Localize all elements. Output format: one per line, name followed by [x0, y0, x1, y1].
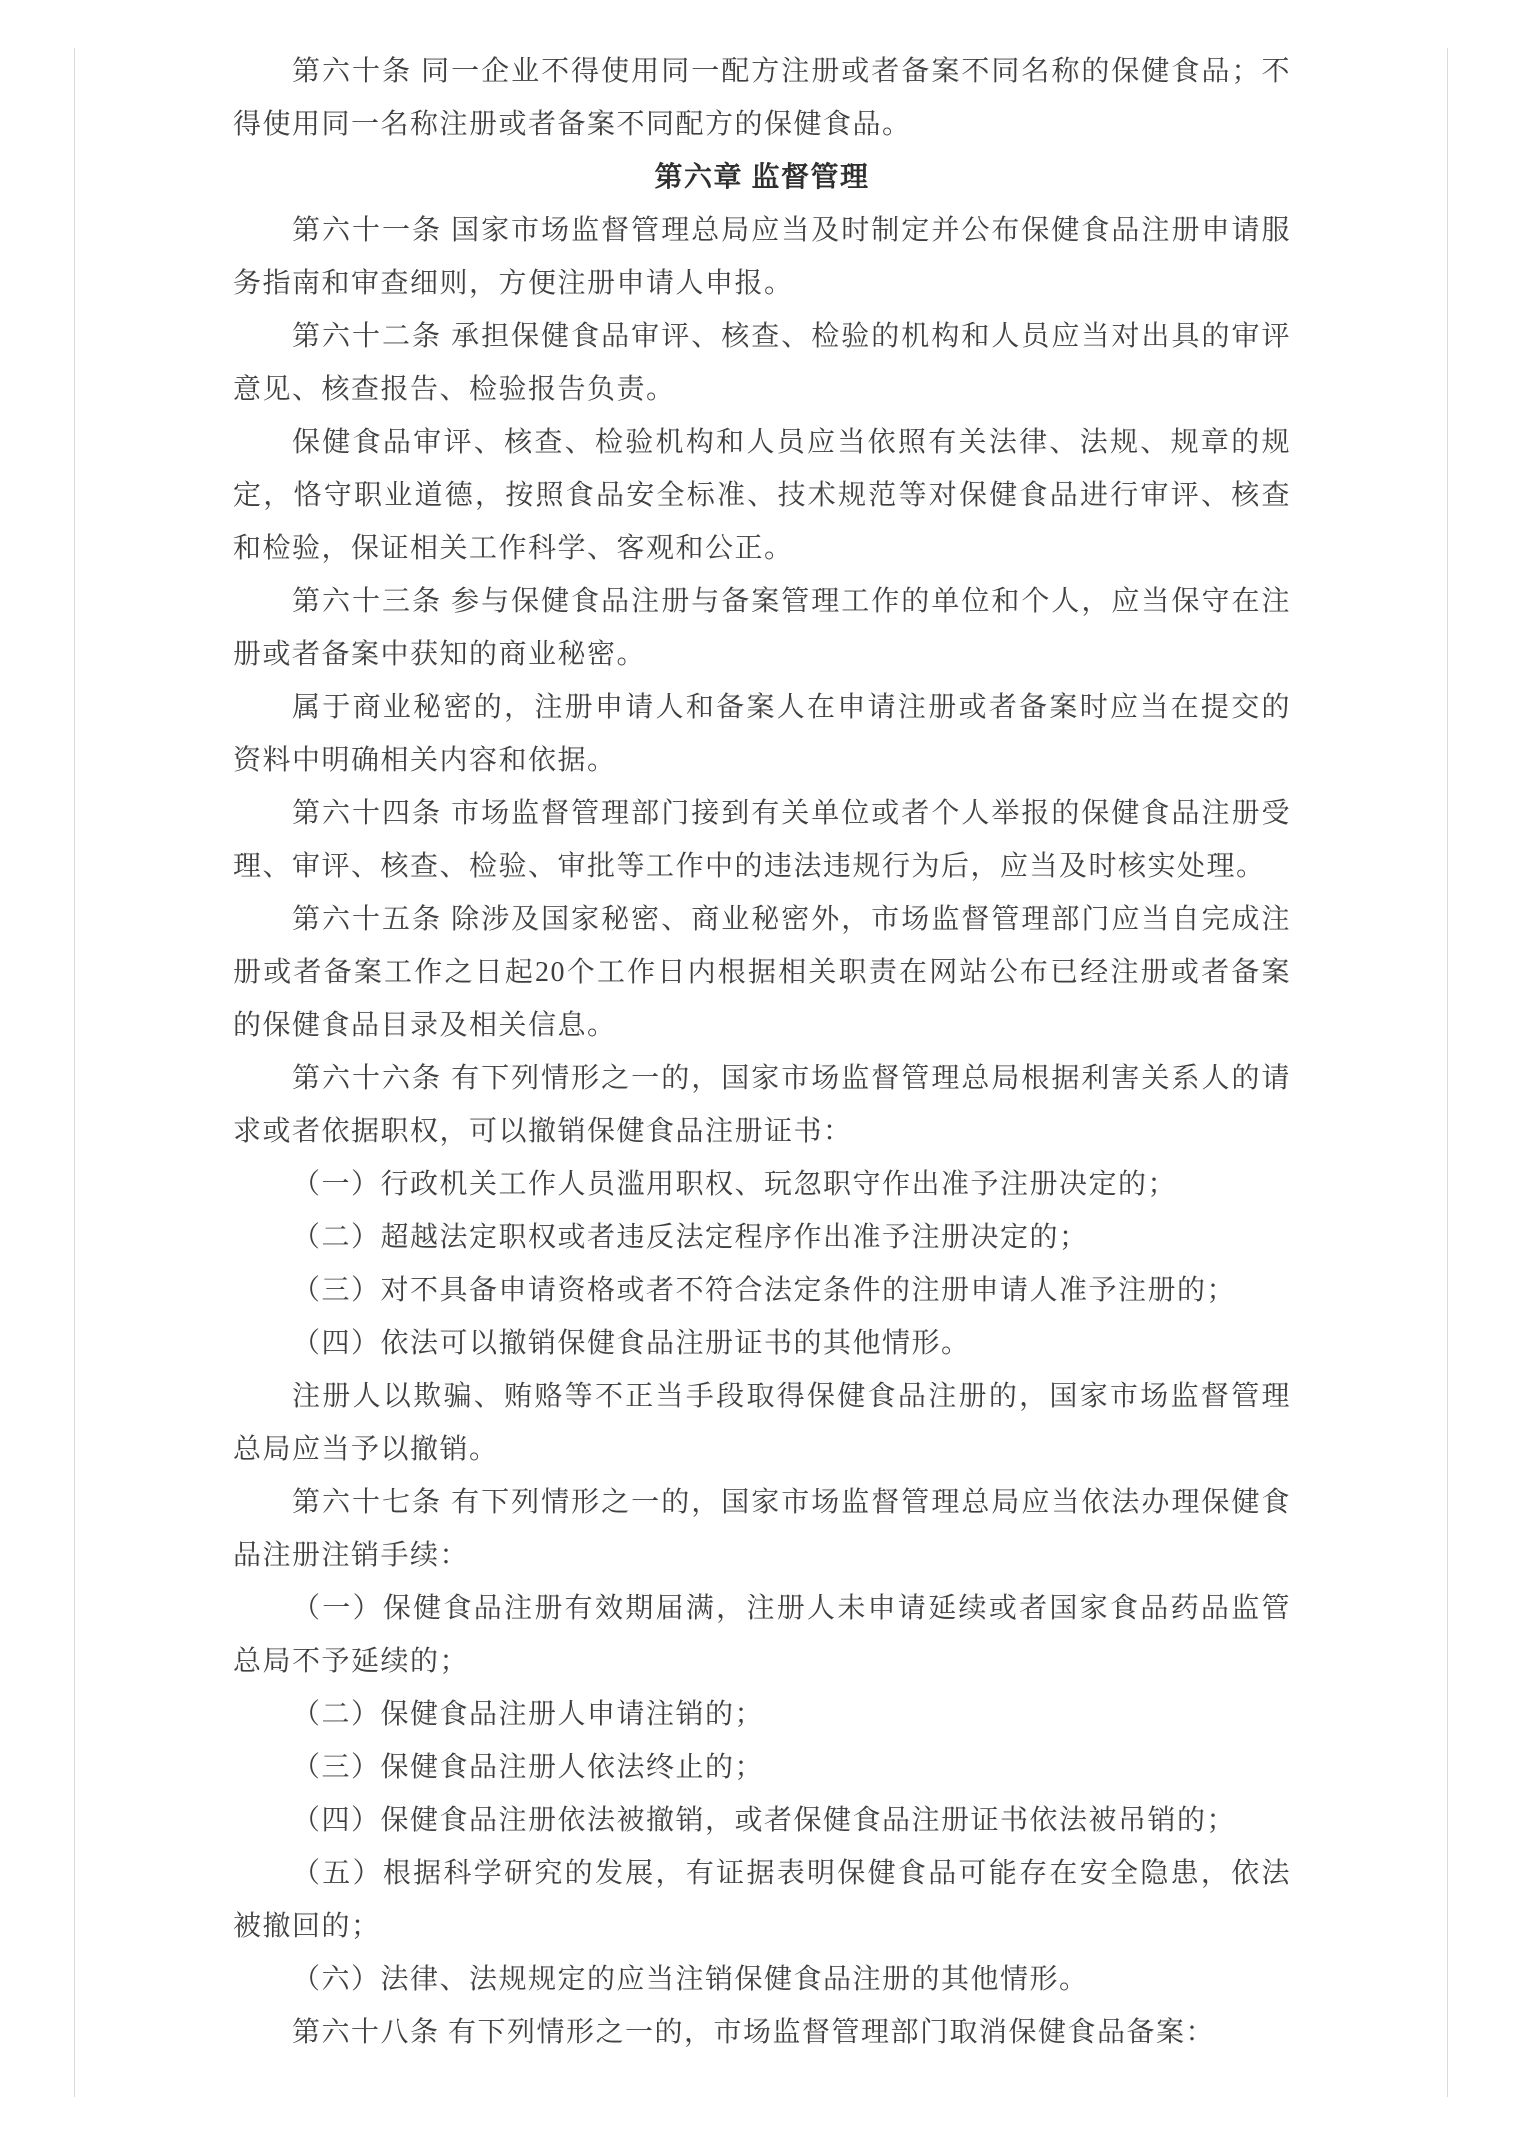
document-paragraph: （三）保健食品注册人依法终止的； [233, 1741, 1291, 1794]
document-paragraph: （三）对不具备申请资格或者不符合法定条件的注册申请人准予注册的； [233, 1264, 1291, 1317]
document-paragraph: 属于商业秘密的，注册申请人和备案人在申请注册或者备案时应当在提交的资料中明确相关… [233, 681, 1291, 787]
document-paragraph: 第六十八条 有下列情形之一的，市场监督管理部门取消保健食品备案： [233, 2006, 1291, 2059]
document-paragraph: （一）保健食品注册有效期届满，注册人未申请延续或者国家食品药品监管总局不予延续的… [233, 1582, 1291, 1688]
document-paragraph: 第六十五条 除涉及国家秘密、商业秘密外，市场监督管理部门应当自完成注册或者备案工… [233, 893, 1291, 1052]
document-page: 第六十条 同一企业不得使用同一配方注册或者备案不同名称的保健食品；不得使用同一名… [233, 45, 1291, 2059]
document-paragraph: 第六十三条 参与保健食品注册与备案管理工作的单位和个人，应当保守在注册或者备案中… [233, 575, 1291, 681]
document-paragraph: （二）保健食品注册人申请注销的； [233, 1688, 1291, 1741]
document-paragraph: （六）法律、法规规定的应当注销保健食品注册的其他情形。 [233, 1953, 1291, 2006]
document-viewer: 第六十条 同一企业不得使用同一配方注册或者备案不同名称的保健食品；不得使用同一名… [0, 0, 1520, 2150]
document-paragraph: 第六十六条 有下列情形之一的，国家市场监督管理总局根据利害关系人的请求或者依据职… [233, 1052, 1291, 1158]
document-paragraph: 第六十条 同一企业不得使用同一配方注册或者备案不同名称的保健食品；不得使用同一名… [233, 45, 1291, 151]
document-paragraph: 注册人以欺骗、贿赂等不正当手段取得保健食品注册的，国家市场监督管理总局应当予以撤… [233, 1370, 1291, 1476]
document-paragraph: （一）行政机关工作人员滥用职权、玩忽职守作出准予注册决定的； [233, 1158, 1291, 1211]
document-paragraph: 保健食品审评、核查、检验机构和人员应当依照有关法律、法规、规章的规定，恪守职业道… [233, 416, 1291, 575]
document-paragraph: 第六十二条 承担保健食品审评、核查、检验的机构和人员应当对出具的审评意见、核查报… [233, 310, 1291, 416]
document-paragraph: （四）保健食品注册依法被撤销，或者保健食品注册证书依法被吊销的； [233, 1794, 1291, 1847]
document-paragraph: （四）依法可以撤销保健食品注册证书的其他情形。 [233, 1317, 1291, 1370]
document-paragraph: （五）根据科学研究的发展，有证据表明保健食品可能存在安全隐患，依法被撤回的； [233, 1847, 1291, 1953]
page-border-right [1447, 48, 1448, 2097]
document-paragraph: （二）超越法定职权或者违反法定程序作出准予注册决定的； [233, 1211, 1291, 1264]
document-paragraph: 第六十四条 市场监督管理部门接到有关单位或者个人举报的保健食品注册受理、审评、核… [233, 787, 1291, 893]
chapter-heading: 第六章 监督管理 [233, 151, 1291, 204]
document-paragraph: 第六十一条 国家市场监督管理总局应当及时制定并公布保健食品注册申请服务指南和审查… [233, 204, 1291, 310]
page-border-left [74, 48, 75, 2097]
document-paragraph: 第六十七条 有下列情形之一的，国家市场监督管理总局应当依法办理保健食品注册注销手… [233, 1476, 1291, 1582]
